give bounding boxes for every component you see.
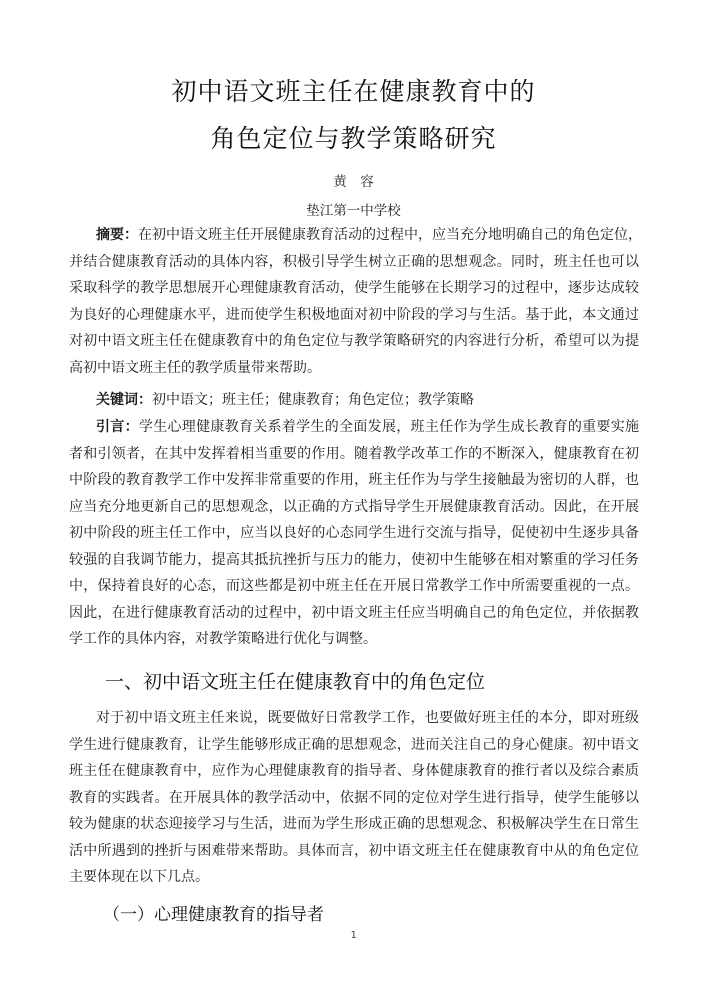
- section1-line: 对于初中语文班主任来说，既要做好日常教学工作，也要做好班主任的本分，即对班级: [69, 705, 639, 732]
- keywords-text: 初中语文；班主任；健康教育；角色定位；教学策略: [152, 392, 474, 408]
- intro-line: 较强的自我调节能力，提高其抵抗挫折与压力的能力，使初中生能够在相对繁重的学习任务: [69, 547, 639, 574]
- section1-line: 教育的实践者。在开展具体的教学活动中，依据不同的定位对学生进行指导，使学生能够以: [69, 785, 639, 812]
- intro-line: 学工作的具体内容，对教学策略进行优化与调整。: [69, 626, 639, 653]
- abstract-label: 摘要：: [96, 227, 138, 243]
- keywords-label: 关键词：: [96, 392, 152, 408]
- abstract-line: 采取科学的教学思想展开心理健康教育活动，使学生能够在长期学习的过程中，逐步达成较: [69, 275, 639, 302]
- subsection-heading-1: （一）心理健康教育的指导者: [103, 900, 324, 925]
- intro-line: 者和引领者，在其中发挥着相当重要的作用。随着教学改革工作的不断深入，健康教育在初: [69, 441, 639, 468]
- intro-line: 初中阶段的班主任工作中，应当以良好的心态同学生进行交流与指导，促使初中生逐步具备: [69, 520, 639, 547]
- section1-body: 对于初中语文班主任来说，既要做好日常教学工作，也要做好班主任的本分，即对班级 学…: [69, 705, 639, 891]
- abstract-line: 摘要：在初中语文班主任开展健康教育活动的过程中，应当充分地明确自己的角色定位，: [69, 222, 639, 249]
- abstract-line: 并结合健康教育活动的具体内容，积极引导学生树立正确的思想观念。同时，班主任也可以: [69, 249, 639, 276]
- section1-line: 活中所遇到的挫折与困难带来帮助。具体而言，初中语文班主任在健康教育中从的角色定位: [69, 838, 639, 865]
- section1-line: 学生进行健康教育，让学生能够形成正确的思想观念，进而关注自己的身心健康。初中语文: [69, 732, 639, 759]
- abstract-line: 高初中语文班主任的教学质量带来帮助。: [69, 355, 639, 382]
- section-heading-1: 一、初中语文班主任在健康教育中的角色定位: [105, 667, 485, 694]
- section1-line: 班主任在健康教育中，应作为心理健康教育的指导者、身体健康教育的推行者以及综合素质: [69, 758, 639, 785]
- section1-line: 较为健康的状态迎接学习与生活，进而为学生形成正确的思想观念、积极解决学生在日常生: [69, 811, 639, 838]
- page-number: 1: [0, 930, 707, 941]
- author: 黄 容: [0, 170, 707, 190]
- keywords: 关键词：初中语文；班主任；健康教育；角色定位；教学策略: [69, 387, 639, 414]
- intro-label: 引言：: [96, 419, 139, 435]
- intro-line: 引言：学生心理健康教育关系着学生的全面发展，班主任作为学生成长教育的重要实施: [69, 414, 639, 441]
- intro-line: 应当充分地更新自己的思想观念，以正确的方式指导学生开展健康教育活动。因此，在开展: [69, 494, 639, 521]
- abstract-line: 为良好的心理健康水平，进而使学生积极地面对初中阶段的学习与生活。基于此，本文通过: [69, 302, 639, 329]
- intro-line: 因此，在进行健康教育活动的过程中，初中语文班主任应当明确自己的角色定位，并依据教: [69, 600, 639, 627]
- section1-line: 主要体现在以下几点。: [69, 864, 639, 891]
- abstract: 摘要：在初中语文班主任开展健康教育活动的过程中，应当充分地明确自己的角色定位， …: [69, 222, 639, 381]
- title-line-2: 角色定位与教学策略研究: [0, 119, 707, 155]
- abstract-line: 对初中语文班主任在健康教育中的角色定位与教学策略研究的内容进行分析，希望可以为提: [69, 328, 639, 355]
- intro-line: 中，保持着良好的心态，而这些都是初中班主任在开展日常教学工作中所需要重视的一点。: [69, 573, 639, 600]
- intro-line: 中阶段的教育教学工作中发挥非常重要的作用，班主任作为与学生接触最为密切的人群，也: [69, 467, 639, 494]
- title-line-1: 初中语文班主任在健康教育中的: [0, 72, 707, 108]
- school-affiliation: 垫江第一中学校: [0, 199, 707, 219]
- introduction: 引言：学生心理健康教育关系着学生的全面发展，班主任作为学生成长教育的重要实施 者…: [69, 414, 639, 653]
